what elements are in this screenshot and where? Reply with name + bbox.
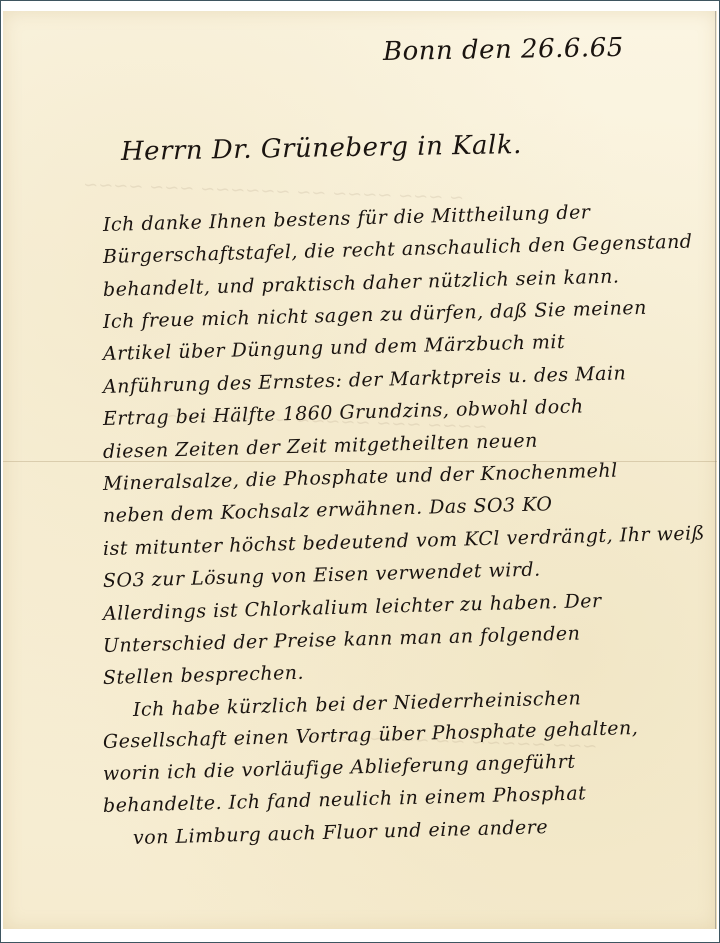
- body-line: Bürgerschaftstafel, die recht anschaulic…: [103, 231, 693, 268]
- body-line: Anführung des Ernstes: der Marktpreis u.…: [103, 362, 627, 398]
- body-line: Ich danke Ihnen bestens für die Mittheil…: [103, 201, 591, 236]
- body-line: neben dem Kochsalz erwähnen. Das SO3 KO: [103, 493, 553, 527]
- body-line: behandelt, und praktisch daher nützlich …: [103, 265, 620, 301]
- body-line: Ich freue mich nicht sagen zu dürfen, da…: [103, 297, 647, 333]
- body-line: ist mitunter höchst bedeutend vom KCl ve…: [103, 522, 705, 560]
- page-edge: [715, 11, 716, 929]
- body-line: Ich habe kürzlich bei der Niederrheinisc…: [133, 687, 582, 721]
- body-line: behandelte. Ich fand neulich in einem Ph…: [103, 782, 587, 817]
- body-line: Artikel über Düngung und dem Märzbuch mi…: [103, 331, 566, 365]
- body-line: diesen Zeiten der Zeit mitgetheilten neu…: [103, 430, 538, 463]
- salutation: Herrn Dr. Grüneberg in Kalk.: [121, 130, 522, 167]
- scan-frame: ~ ~~~ ~~~~ ~~ ~~~~~~ ~~~ ~~~~ ~~~~ ~~~ ~…: [0, 0, 720, 943]
- bleed-through-text: ~ ~~~ ~~~~ ~~ ~~~~~~ ~~~ ~~~~: [83, 174, 465, 208]
- date-line: Bonn den 26.6.65: [383, 33, 624, 67]
- body-line: Allerdings ist Chlorkalium leichter zu h…: [103, 590, 602, 625]
- body-line: SO3 zur Lösung von Eisen verwendet wird.: [103, 559, 541, 592]
- body-line: Unterschied der Preise kann man an folge…: [103, 623, 581, 657]
- body-line: Stellen besprechen.: [103, 662, 305, 689]
- body-line: worin ich die vorläufige Ablieferung ang…: [103, 751, 576, 785]
- letter-paper: ~ ~~~ ~~~~ ~~ ~~~~~~ ~~~ ~~~~ ~~~~ ~~~ ~…: [3, 11, 717, 929]
- body-line: Mineralsalze, die Phosphate und der Knoc…: [103, 460, 618, 495]
- body-line: von Limburg auch Fluor und eine andere: [133, 816, 549, 849]
